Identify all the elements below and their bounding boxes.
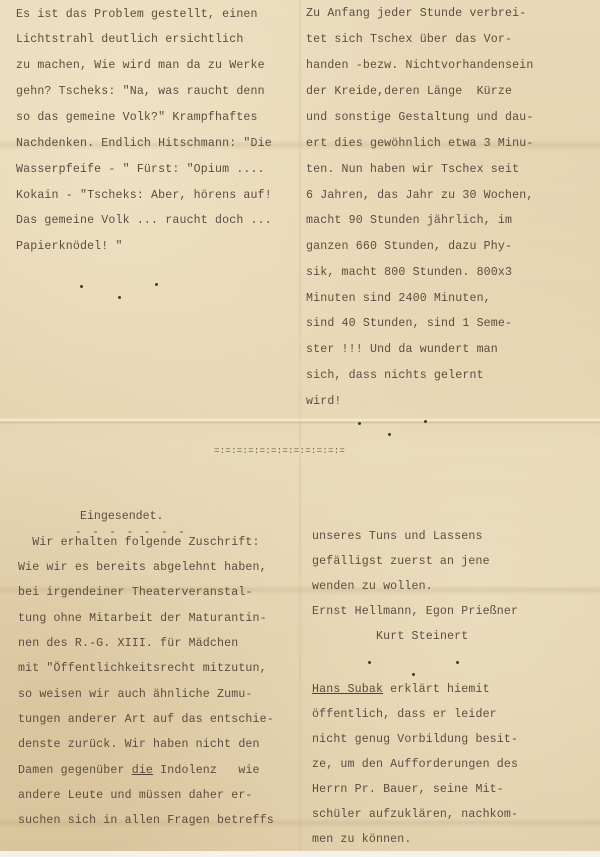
- text-line: gefälligst zuerst an jene: [312, 555, 490, 569]
- text-line: Wir erhalten folgende Zuschrift:: [18, 536, 260, 550]
- horizontal-fold: [0, 418, 600, 424]
- text-line: ze, um den Aufforderungen des: [312, 758, 518, 772]
- text-line: wenden zu wollen.: [312, 580, 433, 594]
- text-line: ganzen 660 Stunden, dazu Phy-: [306, 240, 512, 254]
- vertical-fold: [298, 0, 302, 857]
- text-line: sind 40 Stunden, sind 1 Seme-: [306, 317, 512, 331]
- text-line: nen des R.-G. XIII. für Mädchen: [18, 637, 238, 651]
- text-line signature: Ernst Hellmann, Egon Prießner: [312, 605, 518, 619]
- section-separator: =:=:=:=:=:=:=:=:=:=:=:=: [214, 446, 345, 456]
- text-line: wird!: [306, 395, 342, 409]
- text-line: gehn? Tscheks: "Na, was raucht denn: [16, 85, 265, 99]
- text-line: zu machen, Wie wird man da zu Werke: [16, 59, 265, 73]
- text-segment: Damen gegenüber: [18, 764, 132, 777]
- underlined-name: Hans Subak: [312, 683, 383, 696]
- text-line: Zu Anfang jeder Stunde verbrei-: [306, 7, 526, 21]
- text-segment: erklärt hiemit: [383, 683, 490, 696]
- text-line: Lichtstrahl deutlich ersichtlich: [16, 33, 243, 47]
- text-line: und sonstige Gestaltung und dau-: [306, 111, 533, 125]
- text-line: tungen anderer Art auf das entschie-: [18, 713, 274, 727]
- asterism-dot: [358, 422, 361, 425]
- asterism-dot: [80, 285, 83, 288]
- text-line: sich, dass nichts gelernt: [306, 369, 484, 383]
- asterism-dot: [456, 661, 459, 664]
- text-line: mit "Öffentlichkeitsrecht mitzutun,: [18, 662, 267, 676]
- text-line: handen -bezw. Nichtvorhandensein: [306, 59, 533, 73]
- text-line: Papierknödel! ": [16, 240, 123, 254]
- text-line: tung ohne Mitarbeit der Maturantin-: [18, 612, 267, 626]
- text-line: bei irgendeiner Theaterveranstal-: [18, 586, 253, 600]
- text-line: Kokain - "Tscheks: Aber, hörens auf!: [16, 189, 272, 203]
- text-line signature: Kurt Steinert: [376, 630, 468, 644]
- text-line: macht 90 Stunden jährlich, im: [306, 214, 512, 228]
- text-line: Es ist das Problem gestellt, einen: [16, 8, 258, 22]
- underlined-word: die: [132, 764, 153, 777]
- text-line: Wie wir es bereits abgelehnt haben,: [18, 561, 267, 575]
- asterism-dot: [118, 296, 121, 299]
- text-line: sik, macht 800 Stunden. 800x3: [306, 266, 512, 280]
- text-line: Minuten sind 2400 Minuten,: [306, 292, 491, 306]
- paper-bottom-edge: [0, 851, 600, 857]
- text-line: Hans Subak erklärt hiemit: [312, 683, 490, 697]
- asterism-dot: [424, 420, 427, 423]
- text-line: tet sich Tschex über das Vor-: [306, 33, 512, 47]
- text-line: Damen gegenüber die Indolenz wie: [18, 764, 260, 778]
- asterism-dot: [368, 661, 371, 664]
- text-segment: Indolenz wie: [153, 764, 260, 777]
- text-line: suchen sich in allen Fragen betreffs: [18, 814, 274, 828]
- section-heading: Eingesendet.: [80, 510, 164, 523]
- text-line: men zu können.: [312, 833, 412, 847]
- text-line: andere Leute und müssen daher er-: [18, 789, 253, 803]
- asterism-dot: [412, 673, 415, 676]
- text-line: unseres Tuns und Lassens: [312, 530, 483, 544]
- text-line: schüler aufzuklären, nachkom-: [312, 808, 518, 822]
- text-line: so weisen wir auch ähnliche Zumu-: [18, 688, 253, 702]
- text-line: der Kreide,deren Länge Kürze: [306, 85, 512, 99]
- text-line: Herrn Pr. Bauer, seine Mit-: [312, 783, 504, 797]
- asterism-dot: [155, 283, 158, 286]
- text-line: nicht genug Vorbildung besit-: [312, 733, 518, 747]
- typewritten-page: Es ist das Problem gestellt, einen Licht…: [0, 0, 600, 857]
- text-line: ert dies gewöhnlich etwa 3 Minu-: [306, 137, 533, 151]
- asterism-dot: [388, 433, 391, 436]
- text-line: 6 Jahren, das Jahr zu 30 Wochen,: [306, 189, 533, 203]
- text-line: Nachdenken. Endlich Hitschmann: "Die: [16, 137, 272, 151]
- text-line: so das gemeine Volk?" Krampfhaftes: [16, 111, 258, 125]
- text-line: Das gemeine Volk ... raucht doch ...: [16, 214, 272, 228]
- text-line: Wasserpfeife - " Fürst: "Opium ....: [16, 163, 265, 177]
- text-line: denste zurück. Wir haben nicht den: [18, 738, 260, 752]
- text-line: ster !!! Und da wundert man: [306, 343, 498, 357]
- text-line: öffentlich, dass er leider: [312, 708, 497, 722]
- text-line: ten. Nun haben wir Tschex seit: [306, 163, 519, 177]
